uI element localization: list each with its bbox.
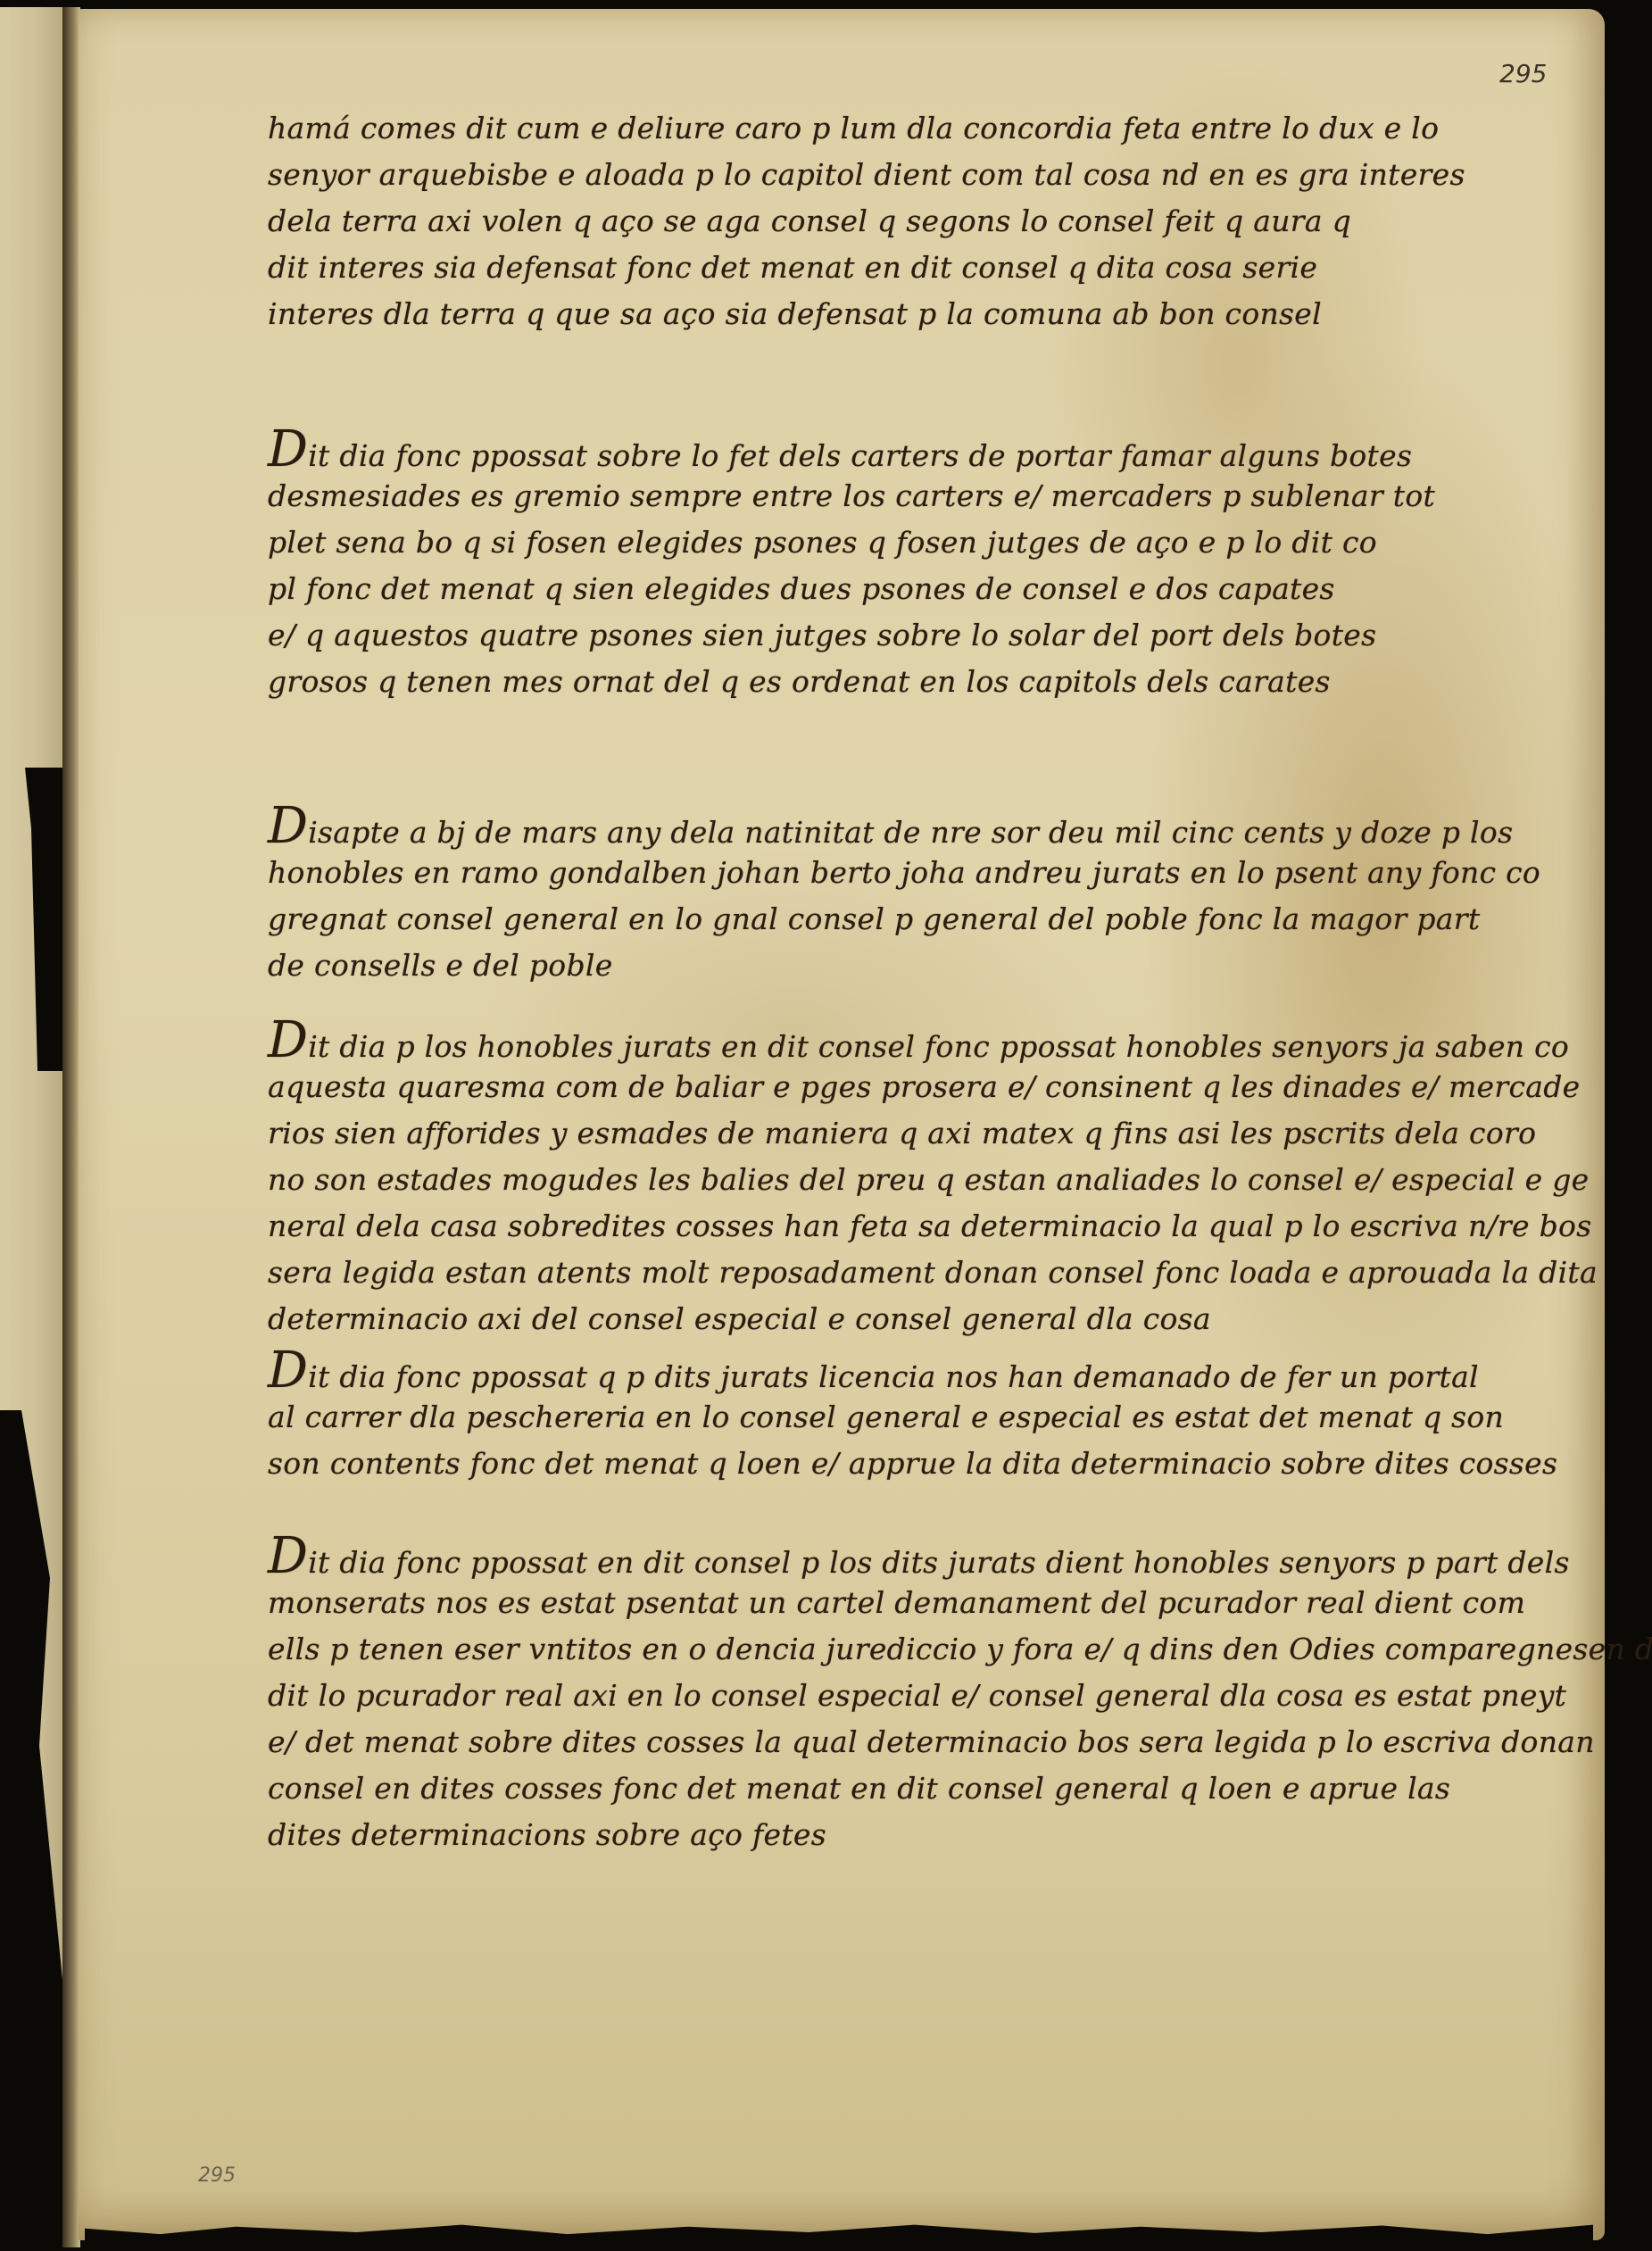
manuscript-line: de consells e del poble [268, 943, 1535, 989]
manuscript-line: dites determinacions sobre aço fetes [268, 1812, 1535, 1858]
manuscript-line: e/ det menat sobre dites cosses la qual … [268, 1719, 1535, 1765]
manuscript-line: monserats nos es estat psentat un cartel… [268, 1580, 1535, 1626]
manuscript-line: al carrer dla peschereria en lo consel g… [268, 1394, 1535, 1441]
manuscript-line: Disapte a bj de mars any dela natinitat … [268, 803, 1535, 850]
manuscript-line: neral dela casa sobredites cosses han fe… [268, 1203, 1535, 1250]
paragraph: Dit dia fonc ppossat sobre lo fet dels c… [268, 427, 1535, 705]
manuscript-line: aquesta quaresma com de baliar e pges pr… [268, 1064, 1535, 1110]
manuscript-line: Dit dia fonc ppossat sobre lo fet dels c… [268, 427, 1535, 473]
manuscript-line: determinacio axi del consel especial e c… [268, 1296, 1535, 1342]
manuscript-line: gregnat consel general en lo gnal consel… [268, 896, 1535, 943]
manuscript-line: dela terra axi volen q aço se aga consel… [268, 198, 1535, 245]
folio-number-ink: 295 [1499, 59, 1547, 88]
paragraph: Dit dia p los honobles jurats en dit con… [268, 1018, 1535, 1342]
folio-number-pencil: 295 [198, 2164, 236, 2187]
manuscript-line: consel en dites cosses fonc det menat en… [268, 1765, 1535, 1812]
manuscript-scan: 295 295 hamá comes dit cum e deliure car… [0, 0, 1652, 2251]
manuscript-line: e/ q aquestos quatre psones sien jutges … [268, 612, 1535, 659]
manuscript-line: hamá comes dit cum e deliure caro p lum … [268, 105, 1535, 152]
manuscript-line: rios sien afforides y esmades de maniera… [268, 1110, 1535, 1157]
manuscript-line: pl fonc det menat q sien elegides dues p… [268, 566, 1535, 612]
manuscript-line: ells p tenen eser vntitos en o dencia ju… [268, 1626, 1535, 1673]
manuscript-line: dit lo pcurador real axi en lo consel es… [268, 1673, 1535, 1719]
manuscript-line: plet sena bo q si fosen elegides psones … [268, 519, 1535, 566]
manuscript-line: desmesiades es gremio sempre entre los c… [268, 473, 1535, 519]
manuscript-line: Dit dia fonc ppossat en dit consel p los… [268, 1533, 1535, 1580]
manuscript-line: honobles en ramo gondalben johan berto j… [268, 850, 1535, 896]
paragraph: Dit dia fonc ppossat q p dits jurats lic… [268, 1348, 1535, 1487]
manuscript-line: no son estades mogudes les balies del pr… [268, 1157, 1535, 1203]
manuscript-line: Dit dia p los honobles jurats en dit con… [268, 1018, 1535, 1064]
manuscript-line: dit interes sia defensat fonc det menat … [268, 245, 1535, 291]
paragraph: Dit dia fonc ppossat en dit consel p los… [268, 1533, 1535, 1858]
manuscript-line: son contents fonc det menat q loen e/ ap… [268, 1441, 1535, 1487]
paragraph: hamá comes dit cum e deliure caro p lum … [268, 105, 1535, 337]
paragraph: Disapte a bj de mars any dela natinitat … [268, 803, 1535, 989]
book-gutter [62, 7, 80, 2247]
manuscript-line: grosos q tenen mes ornat del q es ordena… [268, 659, 1535, 705]
manuscript-line: Dit dia fonc ppossat q p dits jurats lic… [268, 1348, 1535, 1394]
manuscript-line: sera legida estan atents molt reposadame… [268, 1250, 1535, 1296]
manuscript-line: interes dla terra q que sa aço sia defen… [268, 291, 1535, 337]
manuscript-line: senyor arquebisbe e aloada p lo capitol … [268, 152, 1535, 198]
